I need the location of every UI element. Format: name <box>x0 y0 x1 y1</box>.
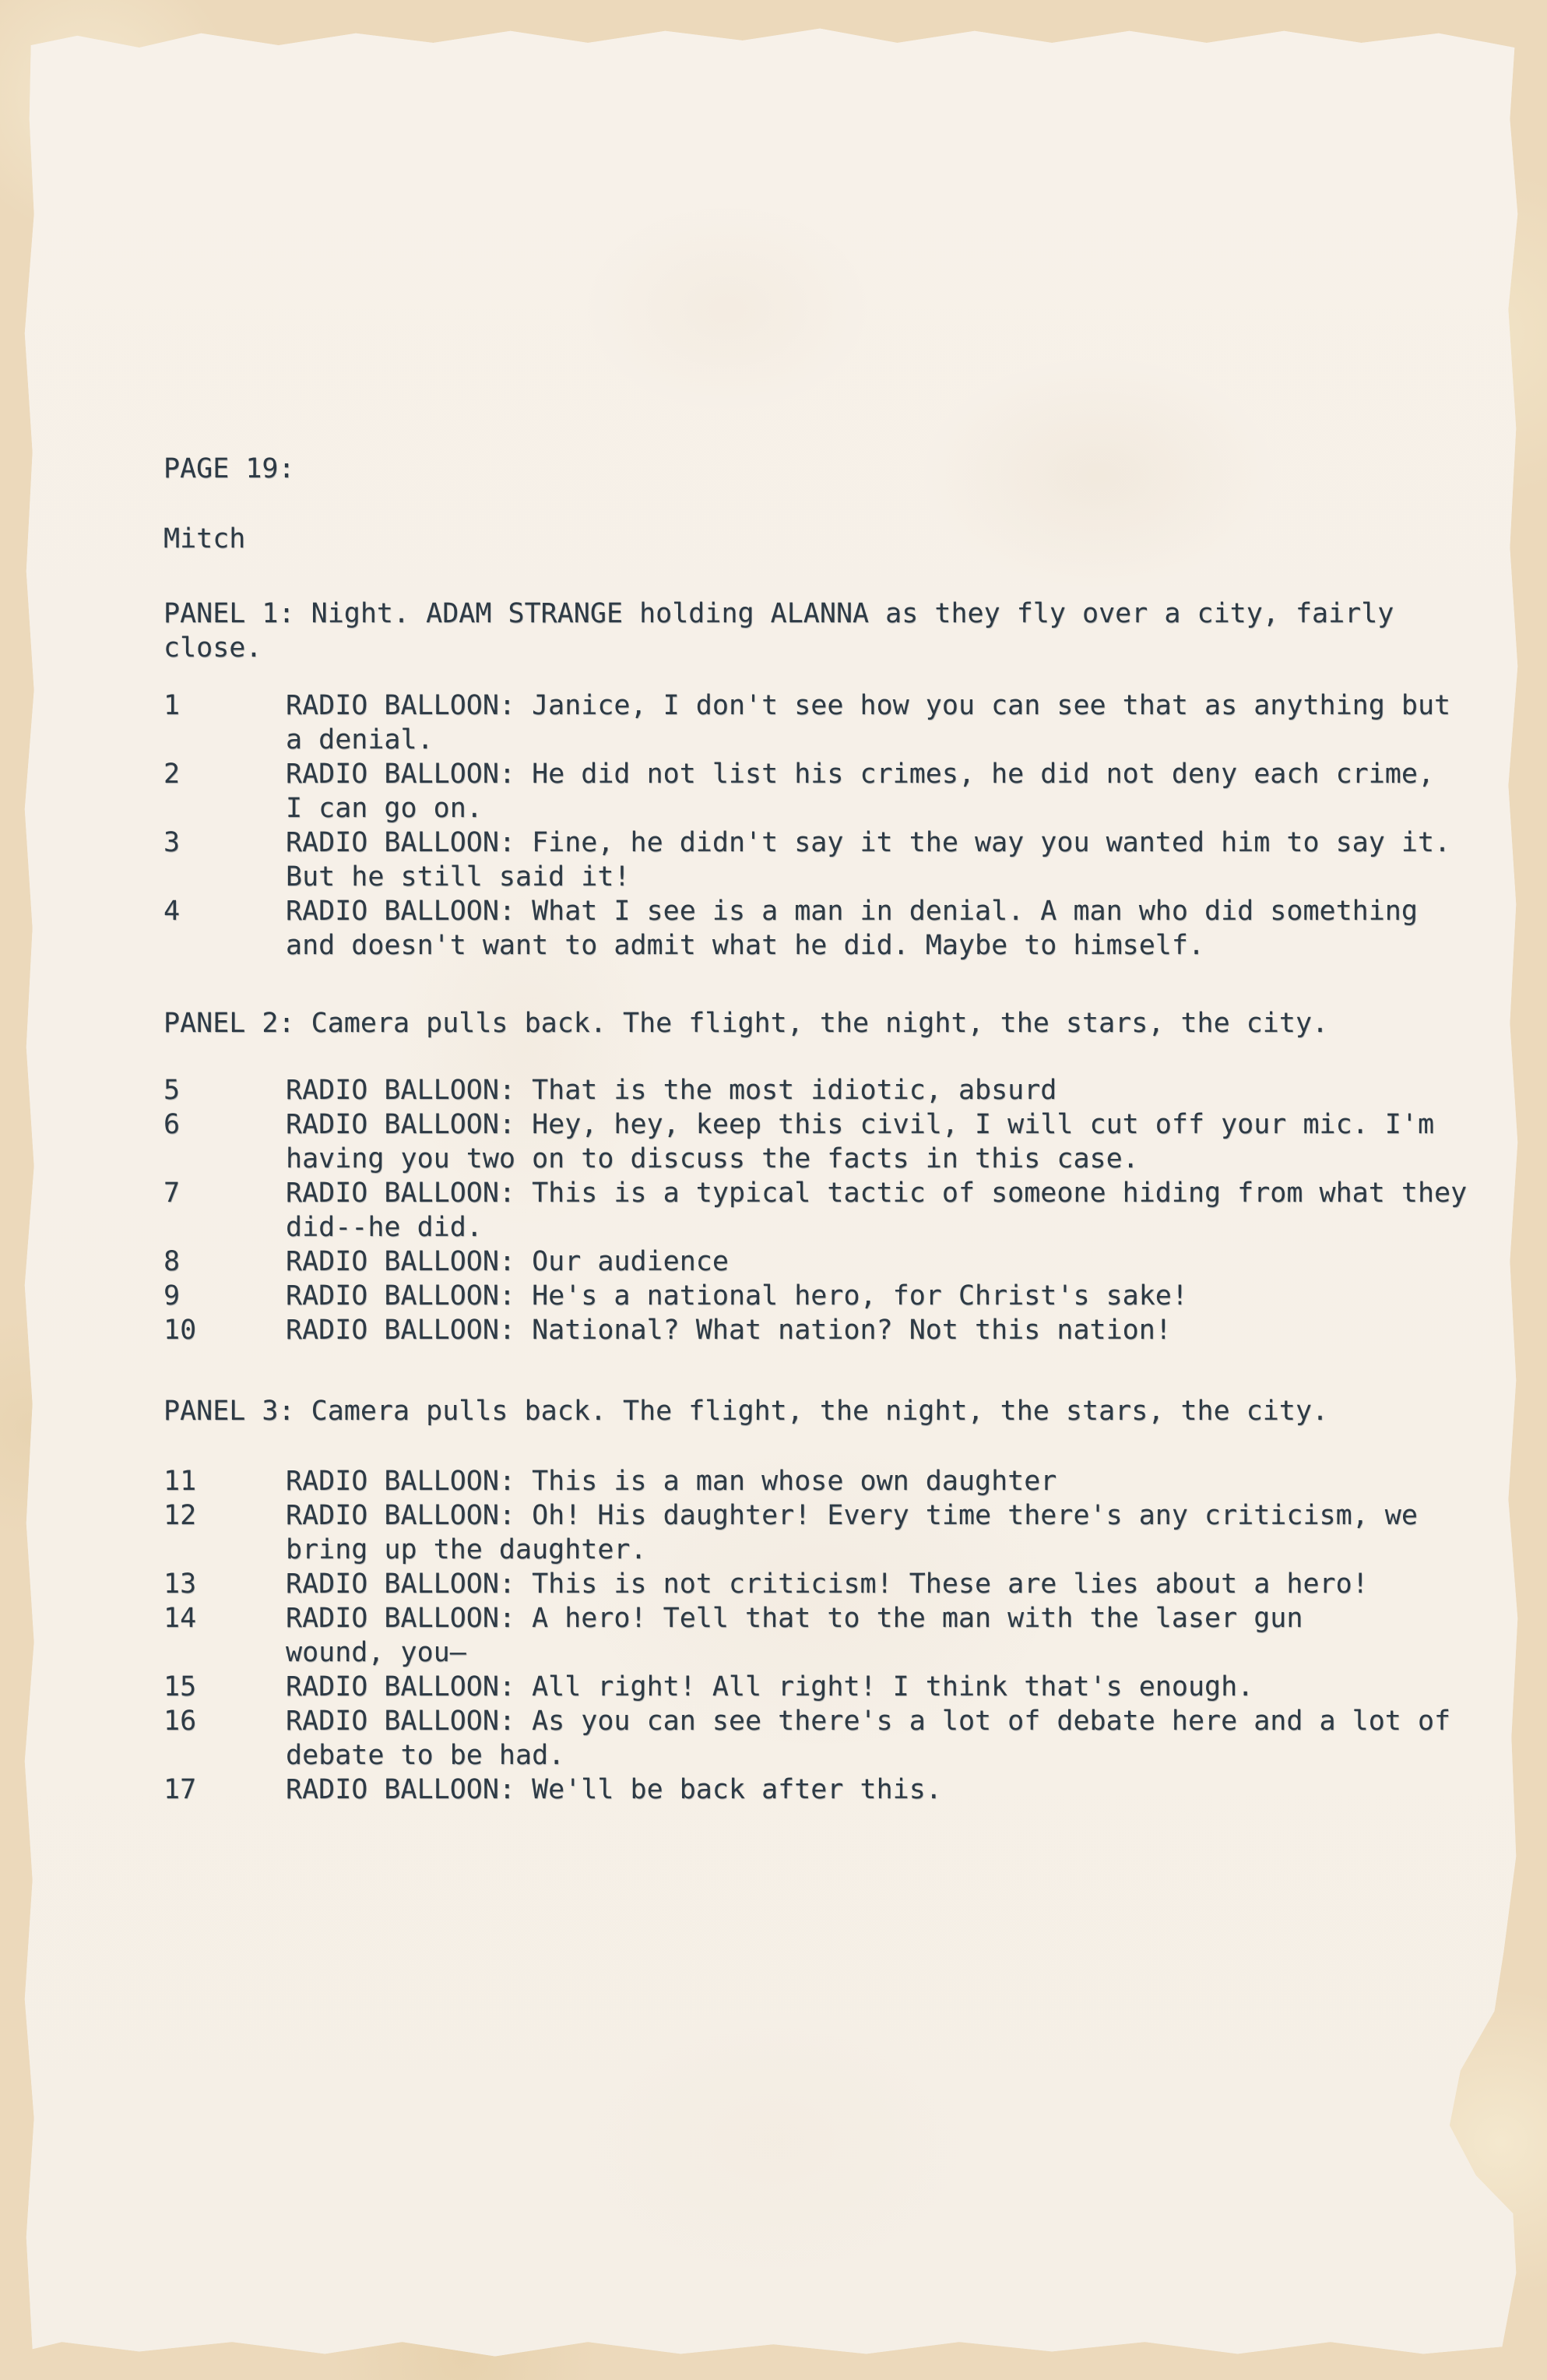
panel-3-heading: PANEL 3: Camera pulls back. The flight, … <box>163 1394 1500 1428</box>
cue-row: 13 RADIO BALLOON: This is not criticism!… <box>163 1567 1500 1601</box>
cue-number: 10 <box>163 1313 286 1347</box>
panel-3-cue-list: 11 RADIO BALLOON: This is a man whose ow… <box>163 1464 1500 1807</box>
cue-number: 11 <box>163 1464 286 1498</box>
cue-text: RADIO BALLOON: This is not criticism! Th… <box>286 1567 1500 1601</box>
cue-number: 3 <box>163 826 286 860</box>
cue-number: 5 <box>163 1073 286 1107</box>
cue-row: 10 RADIO BALLOON: National? What nation?… <box>163 1313 1500 1347</box>
cue-text: RADIO BALLOON: Hey, hey, keep this civil… <box>286 1107 1500 1176</box>
cue-text: RADIO BALLOON: Janice, I don't see how y… <box>286 688 1500 757</box>
cue-number: 9 <box>163 1279 286 1313</box>
panel-1-section: PANEL 1: Night. ADAM STRANGE holding ALA… <box>163 597 1500 963</box>
writer-byline: Mitch <box>163 522 1500 556</box>
cue-text: RADIO BALLOON: This is a typical tactic … <box>286 1176 1500 1245</box>
cue-number: 1 <box>163 688 286 723</box>
cue-number: 17 <box>163 1773 286 1807</box>
cue-text: RADIO BALLOON: He did not list his crime… <box>286 757 1500 826</box>
cue-text: RADIO BALLOON: National? What nation? No… <box>286 1313 1500 1347</box>
cue-row: 15 RADIO BALLOON: All right! All right! … <box>163 1670 1500 1704</box>
cue-number: 8 <box>163 1245 286 1279</box>
cue-number: 2 <box>163 757 286 791</box>
cue-number: 16 <box>163 1704 286 1738</box>
cue-number: 12 <box>163 1498 286 1533</box>
cue-number: 15 <box>163 1670 286 1704</box>
cue-row: 8 RADIO BALLOON: Our audience <box>163 1245 1500 1279</box>
cue-row: 17 RADIO BALLOON: We'll be back after th… <box>163 1773 1500 1807</box>
page-number-heading: PAGE 19: <box>163 452 1500 486</box>
cue-row: 11 RADIO BALLOON: This is a man whose ow… <box>163 1464 1500 1498</box>
cue-text: RADIO BALLOON: That is the most idiotic,… <box>286 1073 1500 1107</box>
cue-text: RADIO BALLOON: We'll be back after this. <box>286 1773 1500 1807</box>
cue-text: RADIO BALLOON: This is a man whose own d… <box>286 1464 1500 1498</box>
script-text-block: PAGE 19: Mitch PANEL 1: Night. ADAM STRA… <box>163 452 1500 1807</box>
cue-text: RADIO BALLOON: Fine, he didn't say it th… <box>286 826 1500 894</box>
cue-row: 6 RADIO BALLOON: Hey, hey, keep this civ… <box>163 1107 1500 1176</box>
cue-row: 9 RADIO BALLOON: He's a national hero, f… <box>163 1279 1500 1313</box>
cue-text: RADIO BALLOON: Oh! His daughter! Every t… <box>286 1498 1500 1567</box>
cue-row: 3 RADIO BALLOON: Fine, he didn't say it … <box>163 826 1500 894</box>
panel-2-heading: PANEL 2: Camera pulls back. The flight, … <box>163 1006 1500 1040</box>
cue-number: 4 <box>163 894 286 928</box>
cue-text: RADIO BALLOON: He's a national hero, for… <box>286 1279 1500 1313</box>
cue-row: 1 RADIO BALLOON: Janice, I don't see how… <box>163 688 1500 757</box>
cue-text: RADIO BALLOON: As you can see there's a … <box>286 1704 1500 1773</box>
cue-number: 13 <box>163 1567 286 1601</box>
cue-text: RADIO BALLOON: A hero! Tell that to the … <box>286 1601 1500 1670</box>
cue-row: 5 RADIO BALLOON: That is the most idioti… <box>163 1073 1500 1107</box>
cue-row: 7 RADIO BALLOON: This is a typical tacti… <box>163 1176 1500 1245</box>
cue-text: RADIO BALLOON: Our audience <box>286 1245 1500 1279</box>
panel-2-cue-list: 5 RADIO BALLOON: That is the most idioti… <box>163 1073 1500 1347</box>
cue-row: 14 RADIO BALLOON: A hero! Tell that to t… <box>163 1601 1500 1670</box>
cue-row: 16 RADIO BALLOON: As you can see there's… <box>163 1704 1500 1773</box>
cue-number: 14 <box>163 1601 286 1635</box>
cue-row: 4 RADIO BALLOON: What I see is a man in … <box>163 894 1500 963</box>
panel-1-cue-list: 1 RADIO BALLOON: Janice, I don't see how… <box>163 688 1500 963</box>
scanned-script-page: PAGE 19: Mitch PANEL 1: Night. ADAM STRA… <box>0 0 1547 2380</box>
cue-text: RADIO BALLOON: All right! All right! I t… <box>286 1670 1500 1704</box>
panel-3-section: PANEL 3: Camera pulls back. The flight, … <box>163 1394 1500 1807</box>
cue-row: 2 RADIO BALLOON: He did not list his cri… <box>163 757 1500 826</box>
cue-number: 7 <box>163 1176 286 1210</box>
cue-text: RADIO BALLOON: What I see is a man in de… <box>286 894 1500 963</box>
panel-2-section: PANEL 2: Camera pulls back. The flight, … <box>163 1006 1500 1347</box>
panel-1-heading: PANEL 1: Night. ADAM STRANGE holding ALA… <box>163 597 1500 665</box>
cue-row: 12 RADIO BALLOON: Oh! His daughter! Ever… <box>163 1498 1500 1567</box>
cue-number: 6 <box>163 1107 286 1142</box>
